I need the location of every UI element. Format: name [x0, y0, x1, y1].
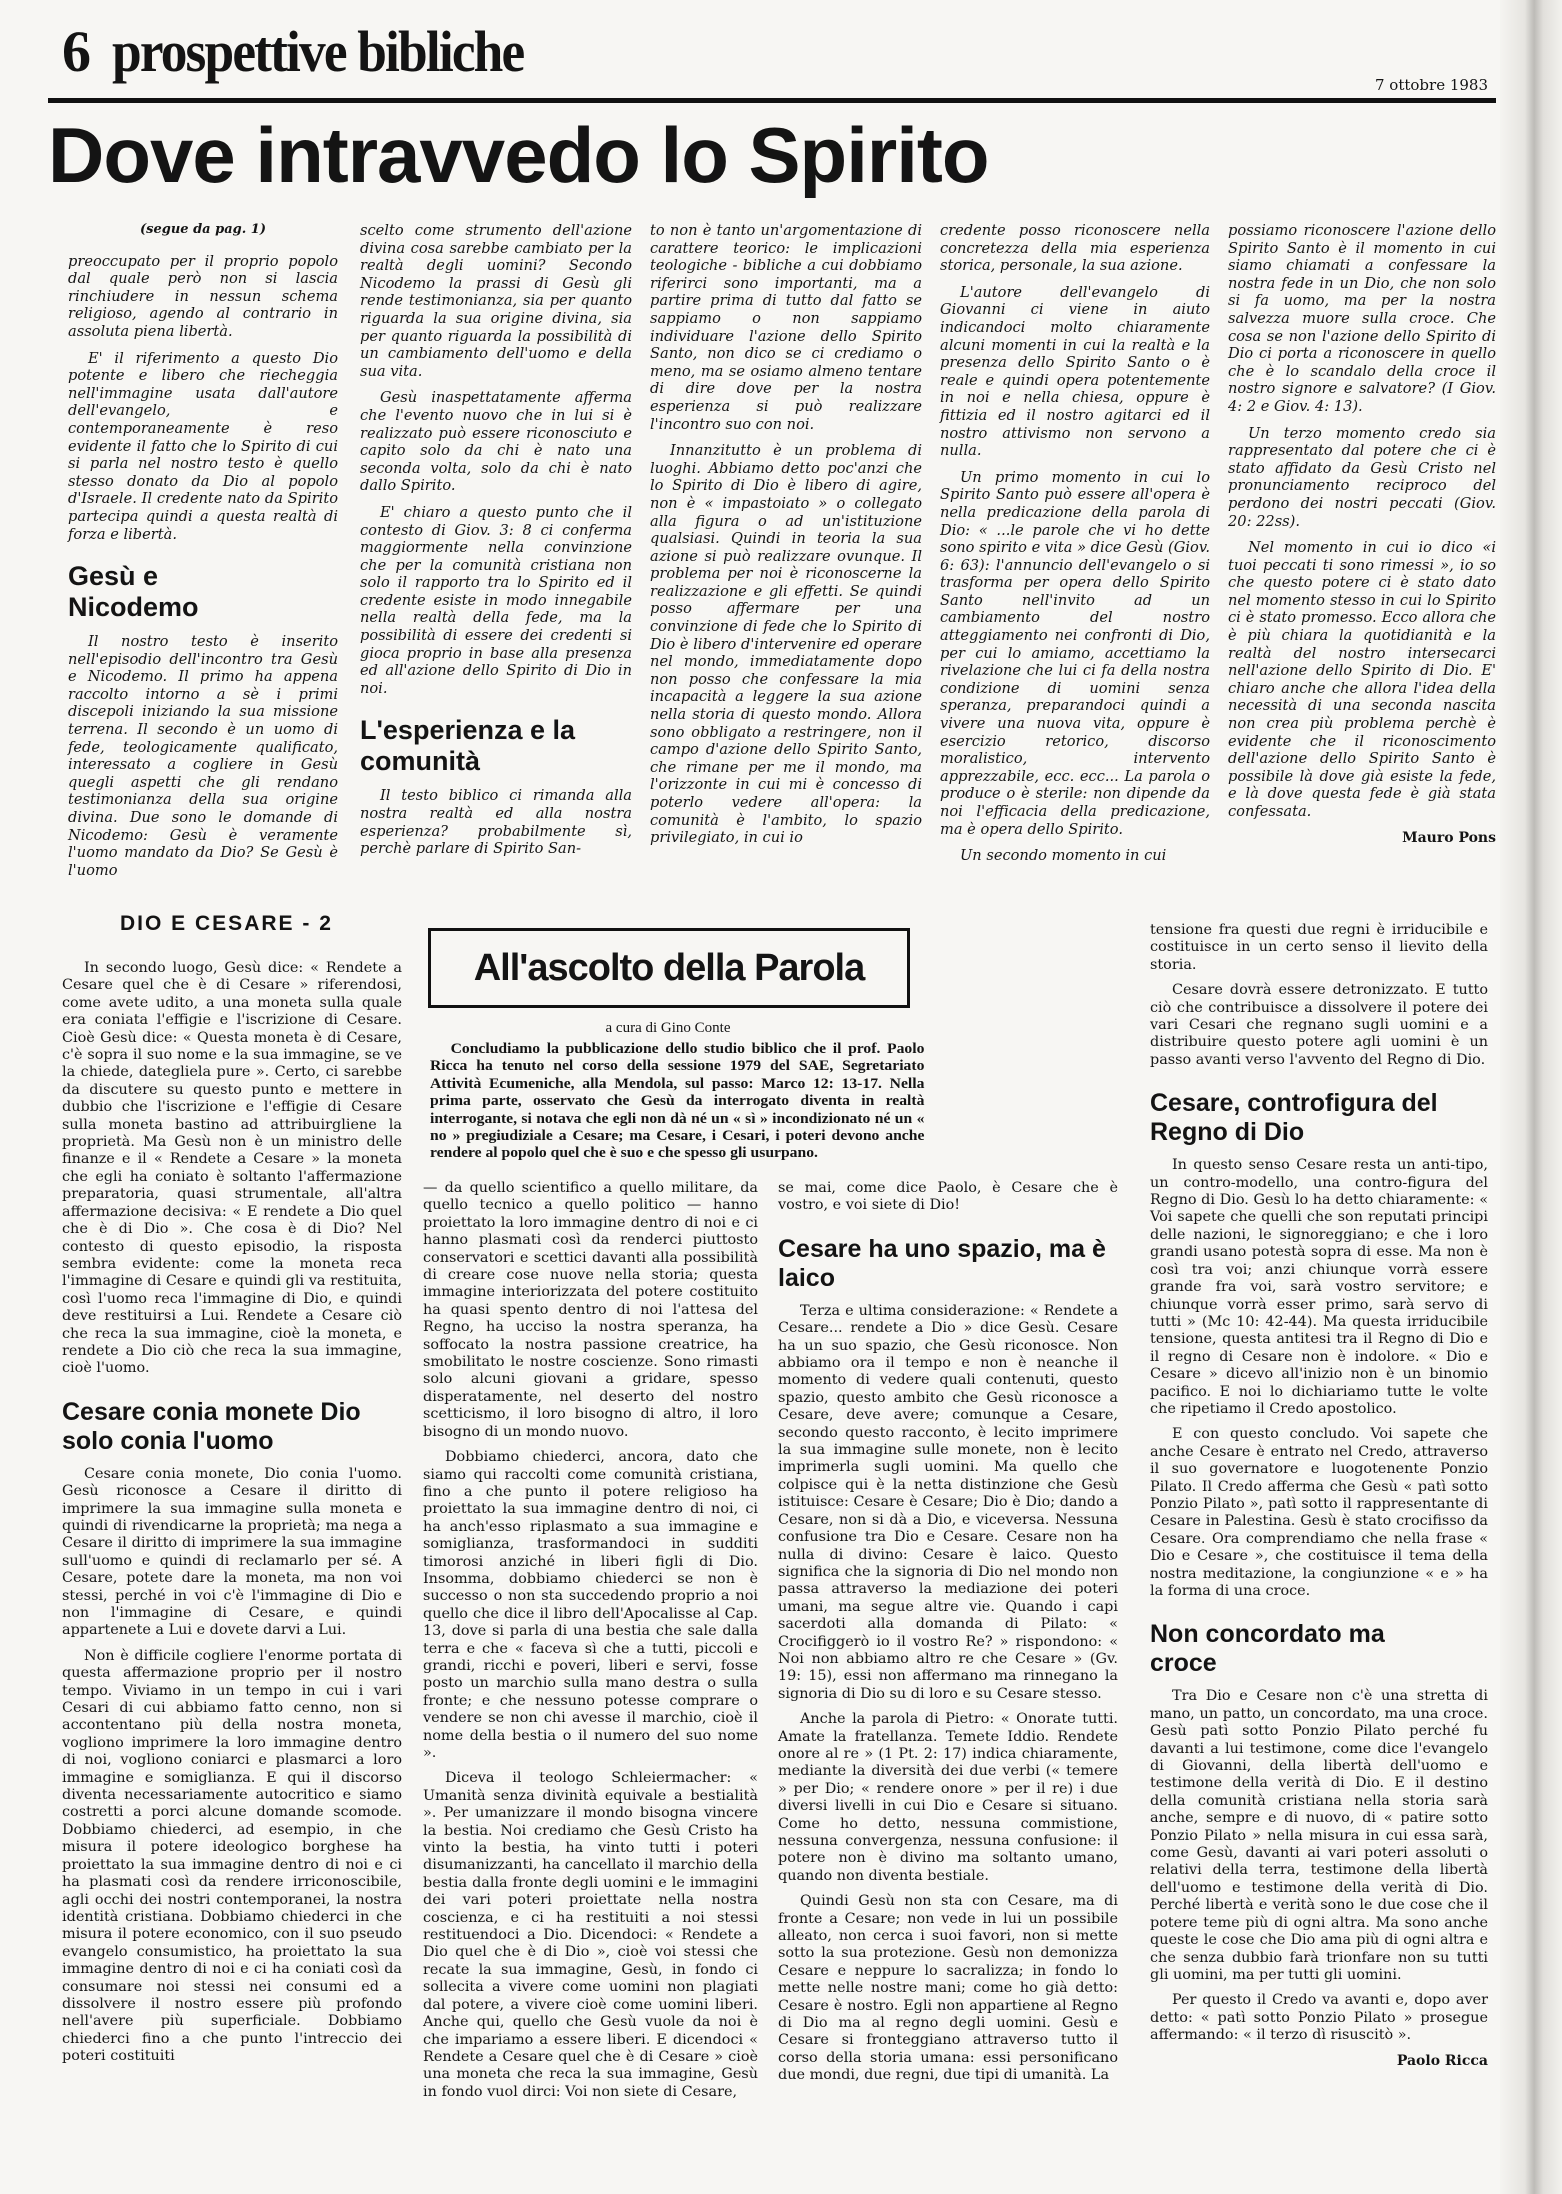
issue-date: 7 ottobre 1983 — [1375, 76, 1488, 94]
paragraph: E' chiaro a questo punto che il contesto… — [360, 504, 632, 698]
paragraph: E' il riferimento a questo Dio potente e… — [68, 350, 338, 544]
series-label: DIO E CESARE - 2 — [120, 912, 333, 936]
paragraph: Terza e ultima considerazione: « Rendete… — [778, 1303, 1118, 1703]
paragraph: credente posso riconoscere nella concret… — [940, 222, 1210, 275]
paragraph: Dobbiamo chiederci, ancora, dato che sia… — [423, 1449, 758, 1762]
article2-column-4: tensione fra questi due regni è irriduci… — [1150, 922, 1488, 2070]
paragraph: Il testo biblico ci rimanda alla nostra … — [360, 787, 632, 857]
subheading: Cesare ha uno spazio, ma è laico — [778, 1235, 1118, 1293]
author-signature: Mauro Pons — [1228, 830, 1496, 848]
paragraph: In secondo luogo, Gesù dice: « Rendete a… — [62, 960, 402, 1378]
paragraph: L'autore dell'evangelo di Giovanni ci vi… — [940, 284, 1210, 460]
article1-column-1: (segue da pag. 1) preoccupato per il pro… — [68, 215, 338, 888]
paragraph: Nel momento in cui io dico «i tuoi pecca… — [1228, 539, 1496, 821]
paragraph: Un primo momento in cui lo Spirito Santo… — [940, 469, 1210, 838]
paragraph: E con questo concludo. Voi sapete che an… — [1150, 1426, 1488, 1600]
paragraph: — da quello scientifico a quello militar… — [423, 1180, 758, 1441]
article1-column-2: scelto come strumento dell'azione divina… — [360, 222, 632, 867]
article2-column-3: se mai, come dice Paolo, è Cesare che è … — [778, 1180, 1118, 2093]
author-signature: Paolo Ricca — [1150, 2053, 1488, 2070]
masthead-rule — [48, 98, 1496, 103]
paragraph: tensione fra questi due regni è irriduci… — [1150, 922, 1488, 974]
page-edge-shadow — [1500, 0, 1562, 2194]
paragraph: Tra Dio e Cesare non c'è una stretta di … — [1150, 1688, 1488, 1984]
continued-from: (segue da pag. 1) — [68, 221, 338, 239]
paragraph: Gesù inaspettatamente afferma che l'even… — [360, 389, 632, 495]
subheading: L'esperienza e la comunità — [360, 715, 580, 777]
subheading: Cesare conia monete Dio solo conia l'uom… — [62, 1398, 402, 1456]
page-number: 6 — [62, 18, 90, 85]
article1-column-5: possiamo riconoscere l'azione dello Spir… — [1228, 222, 1496, 847]
section-title: prospettive bibliche — [112, 18, 523, 85]
paragraph: Il nostro testo è inserito nell'episodio… — [68, 633, 338, 879]
paragraph: Innanzitutto è un problema di luoghi. Ab… — [650, 442, 922, 847]
paragraph: Cesare conia monete, Dio conia l'uomo. G… — [62, 1466, 402, 1640]
paragraph: Non è difficile cogliere l'enorme portat… — [62, 1648, 402, 2066]
paragraph: Anche la parola di Pietro: « Onorate tut… — [778, 1711, 1118, 1885]
paragraph: se mai, come dice Paolo, è Cesare che è … — [778, 1180, 1118, 1215]
paragraph: Per questo il Credo va avanti e, dopo av… — [1150, 1992, 1488, 2044]
article-headline: Dove intravvedo lo Spirito — [48, 110, 989, 201]
subheading: Gesù e Nicodemo — [68, 561, 218, 623]
paragraph: Un terzo momento credo sia rappresentato… — [1228, 425, 1496, 531]
paragraph: Un secondo momento in cui — [940, 847, 1210, 865]
paragraph: Diceva il teologo Schleiermacher: « Uman… — [423, 1770, 758, 2101]
paragraph: scelto come strumento dell'azione divina… — [360, 222, 632, 380]
article2-column-2: — da quello scientifico a quello militar… — [423, 1180, 758, 2109]
paragraph: preoccupato per il proprio popolo dal qu… — [68, 253, 338, 341]
curator-line: a cura di Gino Conte — [428, 1020, 908, 1037]
subheading: Non concordato ma croce — [1150, 1620, 1390, 1678]
paragraph: Cesare dovrà essere detronizzato. E tutt… — [1150, 982, 1488, 1069]
boxed-title: All'ascolto della Parola — [428, 928, 910, 1008]
paragraph: to non è tanto un'argomentazione di cara… — [650, 222, 922, 433]
article1-column-3: to non è tanto un'argomentazione di cara… — [650, 222, 922, 856]
article1-column-4: credente posso riconoscere nella concret… — [940, 222, 1210, 874]
paragraph: possiamo riconoscere l'azione dello Spir… — [1228, 222, 1496, 416]
intro-paragraph: Concludiamo la pubblicazione dello studi… — [430, 1040, 924, 1162]
subheading: Cesare, controfigura del Regno di Dio — [1150, 1089, 1488, 1147]
article2-column-1: In secondo luogo, Gesù dice: « Rendete a… — [62, 960, 402, 2074]
paragraph: Quindi Gesù non sta con Cesare, ma di fr… — [778, 1893, 1118, 2084]
paragraph: In questo senso Cesare resta un anti-tip… — [1150, 1157, 1488, 1418]
